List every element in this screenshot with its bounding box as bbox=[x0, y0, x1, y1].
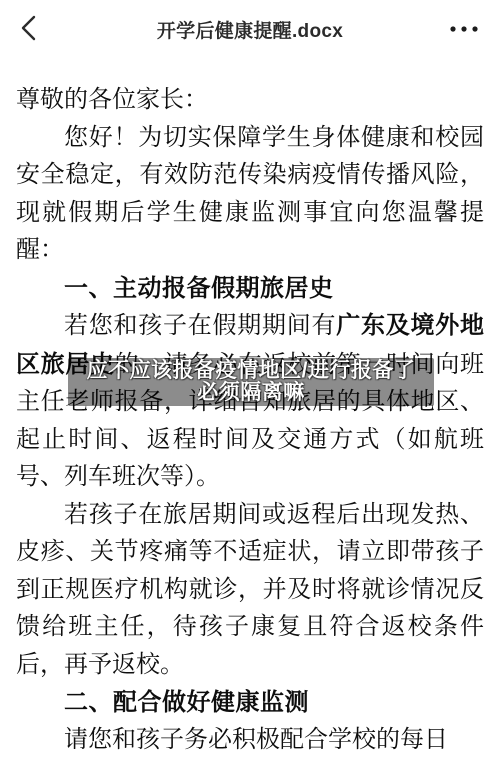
floating-comment-overlay[interactable]: 应不应该报备疫情地区/进行报备了 必须隔离嘛 bbox=[68, 358, 434, 406]
text-run: 若您和孩子在假期期间有 bbox=[64, 313, 336, 339]
text-run: 若孩子在旅居期间或返程后出现发热、皮疹、关节疼痛等不适症状，请立即带孩子到正规医… bbox=[16, 502, 484, 678]
floating-comment-line: 必须隔离嘛 bbox=[197, 382, 305, 404]
document-paragraph: 您好！为切实保障学生身体健康和校园安全稳定，有效防范传染病疫情传播风险，现就假期… bbox=[16, 120, 484, 270]
text-run: 您好！为切实保障学生身体健康和校园安全稳定，有效防范传染病疫情传播风险，现就假期… bbox=[16, 125, 484, 264]
chevron-left-icon bbox=[18, 13, 40, 46]
floating-comment-line: 应不应该报备疫情地区/进行报备了 bbox=[87, 360, 416, 382]
bold-text-run: 一、主动报备假期旅居史 bbox=[64, 275, 334, 302]
back-button[interactable] bbox=[10, 10, 48, 48]
document-viewer-app: 开学后健康提醒.docx 尊敬的各位家长：您好！为切实保障学生身体健康和校园安全… bbox=[0, 0, 500, 761]
document-paragraph: 请您和孩子务必积极配合学校的每日 bbox=[16, 722, 484, 760]
document-title: 开学后健康提醒.docx bbox=[157, 16, 343, 43]
section-heading: 二、配合做好健康监测 bbox=[16, 684, 484, 722]
section-heading: 一、主动报备假期旅居史 bbox=[16, 270, 484, 308]
ellipsis-icon bbox=[447, 22, 481, 37]
document-paragraph: 若孩子在旅居期间或返程后出现发热、皮疹、关节疼痛等不适症状，请立即带孩子到正规医… bbox=[16, 497, 484, 685]
more-menu-button[interactable] bbox=[442, 10, 486, 48]
document-paragraph: 尊敬的各位家长： bbox=[16, 82, 484, 120]
text-run: 请您和孩子务必积极配合学校的每日 bbox=[64, 727, 448, 753]
document-content[interactable]: 尊敬的各位家长：您好！为切实保障学生身体健康和校园安全稳定，有效防范传染病疫情传… bbox=[0, 58, 500, 759]
bold-text-run: 二、配合做好健康监测 bbox=[64, 689, 309, 716]
text-run: 尊敬的各位家长： bbox=[16, 87, 208, 113]
header-bar: 开学后健康提醒.docx bbox=[0, 0, 500, 58]
